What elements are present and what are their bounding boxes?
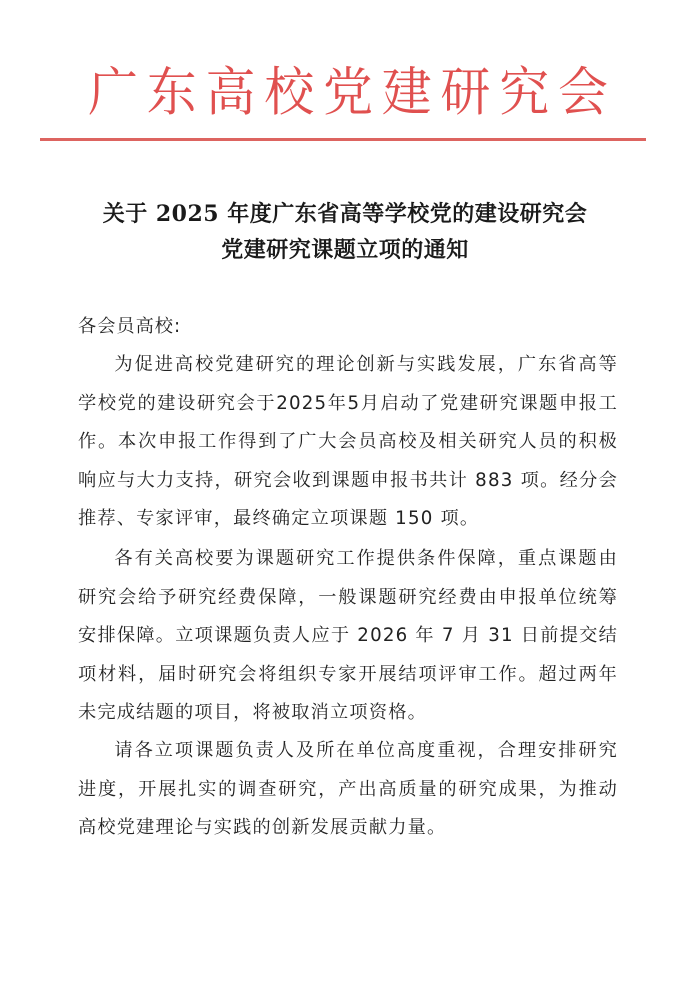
masthead-char: 东 <box>147 63 197 122</box>
paragraph-text: 各有关高校要为课题研究工作提供条件保障，重点课题由研究会给予研究经费保障，一般课… <box>78 540 618 733</box>
salutation: 各会员高校: <box>78 312 181 342</box>
masthead-char: 党 <box>323 63 373 122</box>
masthead-org-name: 广 东 高 校 党 建 研 究 会 <box>88 62 608 122</box>
notice-title-line-1: 关于 2025 年度广东省高等学校党的建设研究会 <box>0 197 690 228</box>
document-page: 广 东 高 校 党 建 研 究 会 关于 2025 年度广东省高等学校党的建设研… <box>0 0 690 982</box>
body-paragraph-2: 各有关高校要为课题研究工作提供条件保障，重点课题由研究会给予研究经费保障，一般课… <box>78 540 618 733</box>
body-paragraph-1: 为促进高校党建研究的理论创新与实践发展，广东省高等学校党的建设研究会于2025年… <box>78 346 618 539</box>
masthead-char: 会 <box>558 63 608 122</box>
paragraph-text: 请各立项课题负责人及所在单位高度重视，合理安排研究进度，开展扎实的调查研究，产出… <box>78 732 618 848</box>
masthead-char: 建 <box>382 63 432 122</box>
masthead-char: 校 <box>264 63 314 122</box>
paragraph-text: 为促进高校党建研究的理论创新与实践发展，广东省高等学校党的建设研究会于2025年… <box>78 346 618 539</box>
masthead-char: 研 <box>441 63 491 122</box>
notice-title-line-2: 党建研究课题立项的通知 <box>0 233 690 264</box>
masthead-char: 广 <box>88 63 138 122</box>
red-divider-rule <box>40 138 646 141</box>
body-paragraph-3: 请各立项课题负责人及所在单位高度重视，合理安排研究进度，开展扎实的调查研究，产出… <box>78 732 618 848</box>
masthead-char: 高 <box>206 63 256 122</box>
masthead-char: 究 <box>499 63 549 122</box>
